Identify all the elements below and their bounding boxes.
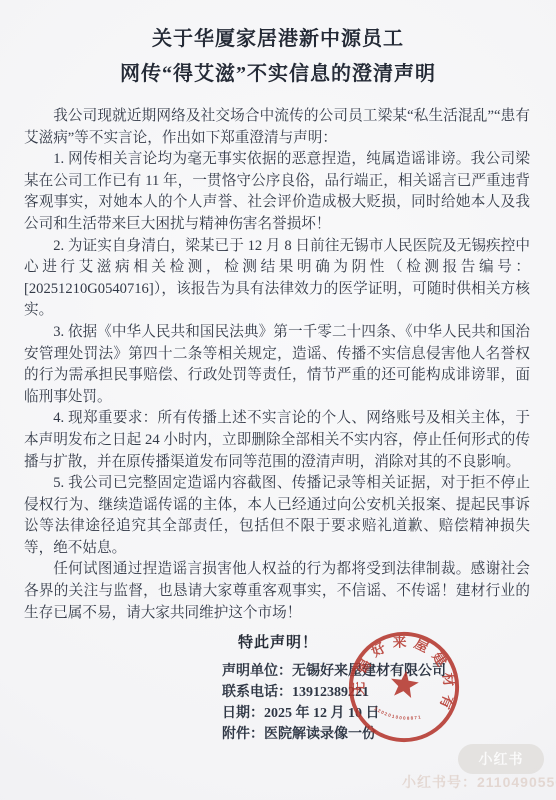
declaration-line: 特此声明！ — [0, 632, 556, 654]
title-line-2: 网传“得艾滋”不实信息的澄清声明 — [20, 57, 536, 92]
closing-paragraph: 任何试图通过捏造谣言损害他人权益的行为都将受到法律制裁。感谢社会各界的关注与监督… — [24, 559, 530, 624]
footer-attachment: 附件：医院解读录像一份 — [222, 725, 556, 746]
statement-paragraph-3: 3. 依据《中华人民共和国民法典》第一千零二十四条、《中华人民共和国治安管理处罚… — [24, 322, 530, 408]
footer-date: 日期：2025 年 12 月 10 日 — [222, 704, 556, 725]
title-line-1: 关于华厦家居港新中源员工 — [20, 22, 536, 57]
footer-block: 声明单位：无锡好来屋建材有限公司 联系电话：13912389221 日期：202… — [222, 662, 556, 745]
statement-paragraph-2: 2. 为证实自身清白，梁某已于 12 月 8 日前往无锡市人民医院及无锡疾控中心… — [24, 236, 530, 322]
statement-document: 关于华厦家居港新中源员工 网传“得艾滋”不实信息的澄清声明 我公司现就近期网络及… — [0, 0, 556, 800]
document-title: 关于华厦家居港新中源员工 网传“得艾滋”不实信息的澄清声明 — [20, 22, 536, 92]
xiaohongshu-logo-text: 小红书 — [479, 749, 524, 769]
statement-paragraph-5: 5. 我公司已完整固定造谣内容截图、传播记录等相关证据，对于拒不停止侵权行为、继… — [24, 473, 530, 559]
statement-paragraph-4: 4. 现郑重要求：所有传播上述不实言论的个人、网络账号及相关主体，于本声明发布之… — [24, 408, 530, 473]
footer-phone: 联系电话：13912389221 — [222, 683, 556, 704]
xiaohongshu-id-watermark: 小红书号：2110490556 — [402, 772, 556, 794]
statement-body: 我公司现就近期网络及社交场合中流传的公司员工梁某“私生活混乱”“患有艾滋病”等不… — [24, 106, 530, 624]
footer-unit: 声明单位：无锡好来屋建材有限公司 — [222, 662, 556, 683]
intro-paragraph: 我公司现就近期网络及社交场合中流传的公司员工梁某“私生活混乱”“患有艾滋病”等不… — [24, 106, 530, 149]
xiaohongshu-logo-watermark: 小红书 — [458, 744, 544, 774]
statement-paragraph-1: 1. 网传相关言论均为毫无事实依据的恶意捏造，纯属造谣诽谤。我公司梁某在公司工作… — [24, 149, 530, 235]
